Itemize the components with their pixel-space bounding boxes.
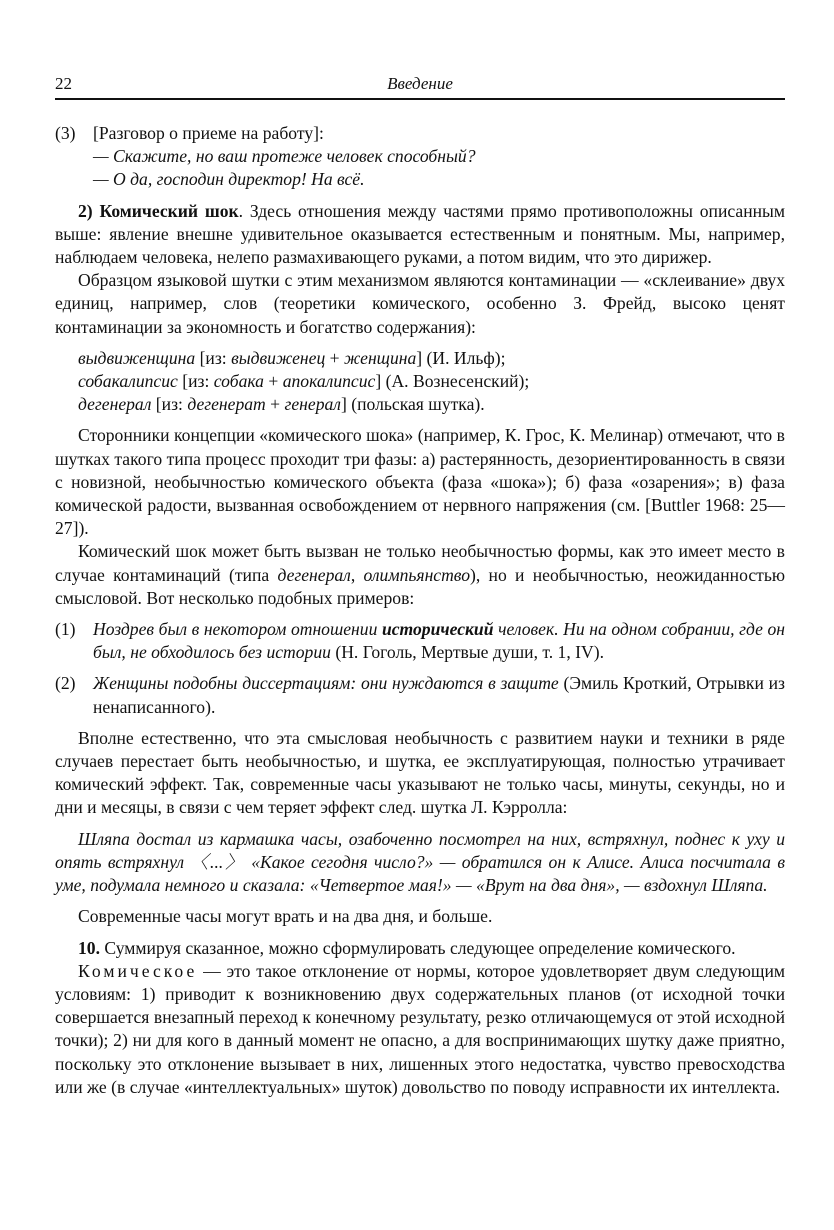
paragraph-modern-clocks: Современные часы могут врать и на два дн…	[55, 905, 785, 928]
definition-comic: Комическое — это такое отклонение от нор…	[55, 960, 785, 1099]
example-intro: [Разговор о приеме на работу]:	[93, 122, 785, 145]
defined-term: Комическое	[78, 961, 197, 981]
example-text: Женщины подобны диссертациям: они нуждаю…	[93, 672, 785, 718]
quote-carroll: Шляпа достал из кармашка часы, озабоченн…	[55, 828, 785, 898]
contamination-examples: выдвиженщина [из: выдвиженец + женщина] …	[55, 347, 785, 417]
contamination-item: собакалипсис [из: собака + апокалипсис] …	[78, 370, 785, 393]
example-text: Ноздрев был в некотором отношении истори…	[93, 618, 785, 664]
dialogue-line: — Скажите, но ваш протеже человек способ…	[93, 145, 785, 168]
contamination-item: дегенерал [из: дегенерат + генерал] (пол…	[78, 393, 785, 416]
contamination-item: выдвиженщина [из: выдвиженец + женщина] …	[78, 347, 785, 370]
paragraph-semantic-shock: Комический шок может быть вызван не толь…	[55, 540, 785, 610]
paragraph-contamination: Образцом языковой шутки с этим механизмо…	[55, 269, 785, 339]
running-header: 22 Введение	[55, 72, 785, 100]
dialogue-line: — О да, господин директор! На всё.	[93, 168, 785, 191]
section-heading: 2) Комический шок	[78, 201, 239, 221]
page-content: (3) [Разговор о приеме на работу]: — Ска…	[55, 122, 785, 1099]
running-title: Введение	[55, 74, 785, 94]
example-number: (2)	[55, 672, 93, 718]
paragraph-comic-shock: 2) Комический шок. Здесь отношения между…	[55, 200, 785, 270]
example-1: (1) Ноздрев был в некотором отношении ис…	[55, 618, 785, 664]
example-number: (3)	[55, 122, 93, 192]
example-3: (3) [Разговор о приеме на работу]: — Ска…	[55, 122, 785, 192]
book-page: 22 Введение (3) [Разговор о приеме на ра…	[55, 72, 785, 1099]
paragraph-phases: Сторонники концепции «комического шока» …	[55, 424, 785, 540]
example-2: (2) Женщины подобны диссертациям: они ну…	[55, 672, 785, 718]
example-number: (1)	[55, 618, 93, 664]
section-number: 10.	[78, 938, 100, 958]
paragraph-clock: Вполне естественно, что эта смысловая не…	[55, 727, 785, 820]
paragraph-10: 10. Суммируя сказанное, можно сформулиро…	[55, 937, 785, 960]
